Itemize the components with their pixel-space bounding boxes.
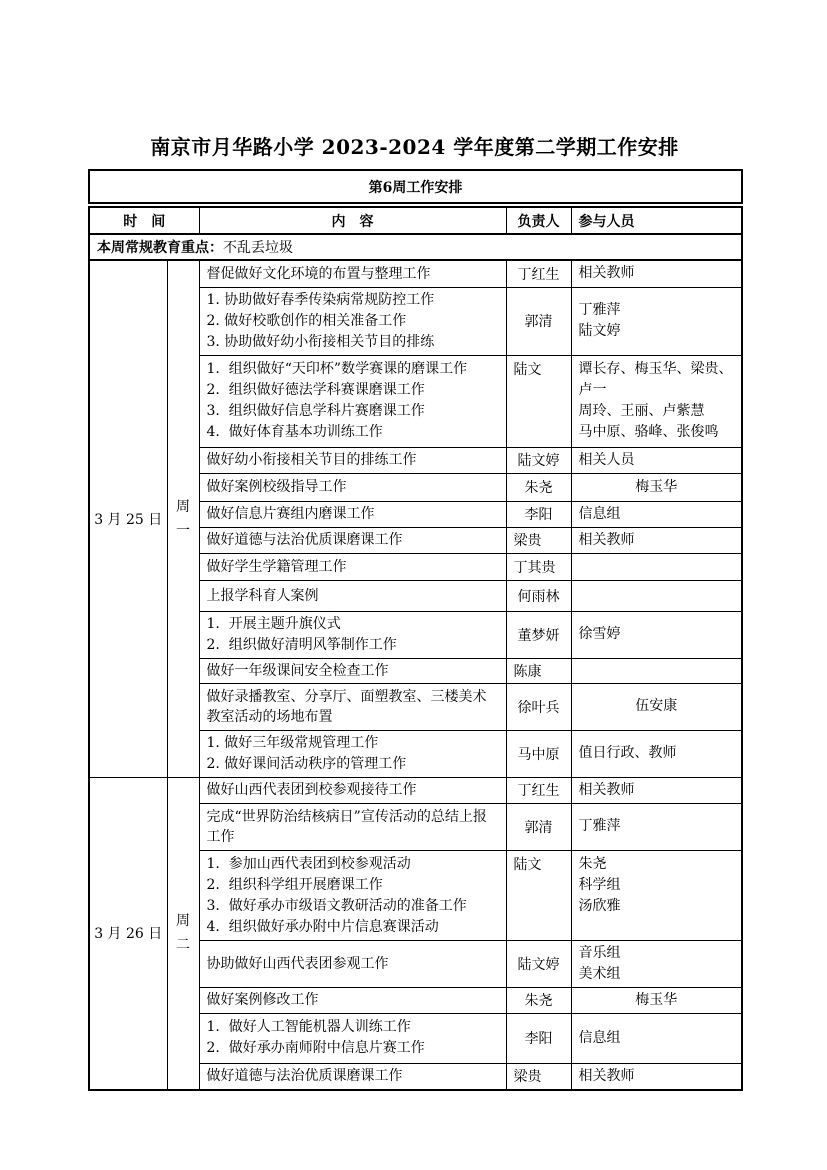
weekday-cell: 周一 (167, 260, 199, 777)
task-content-text: 做好案例修改工作 (207, 990, 499, 1010)
schedule-table: 第6周工作安排 时 间 内 容 负责人 参与人员 本周常规教育重点：不乱丢垃圾 … (88, 169, 743, 1091)
task-content-text: 做好案例校级指导工作 (207, 477, 499, 497)
task-content-line: 3. 协助做好幼小衔接相关节目的排练 (207, 332, 499, 353)
task-content-cell: 做好道德与法治优质课磨课工作 (199, 1063, 506, 1090)
task-content-text: 督促做好文化环境的布置与整理工作 (207, 264, 499, 284)
participants-cell (571, 553, 742, 580)
participants-cell: 相关教师 (571, 260, 742, 287)
task-content-text: 做好幼小衔接相关节目的排练工作 (207, 450, 499, 470)
leader-cell: 陆文婷 (506, 447, 571, 473)
participants-line: 汤欣雅 (579, 896, 735, 917)
task-content-line: 2. 做好课间活动秩序的管理工作 (207, 754, 499, 775)
task-content-text: 做好道德与法治优质课磨课工作 (207, 1066, 499, 1086)
week-header: 第6周工作安排 (89, 170, 742, 205)
task-content-cell: 上报学科育人案例 (199, 580, 506, 611)
task-content-line: 1. 开展主题升旗仪式 (207, 614, 499, 635)
leader-cell: 丁红生 (506, 260, 571, 287)
task-content-cell: 1. 组织做好“天印杯”数学赛课的磨课工作2. 组织做好德法学科赛课磨课工作3.… (199, 355, 506, 447)
participants-line: 音乐组 (579, 943, 735, 964)
task-content-cell: 做好一年级课间安全检查工作 (199, 658, 506, 683)
participants-cell (571, 580, 742, 611)
participants-line: 谭长存、梅玉华、梁贵、卢一 (579, 359, 735, 401)
task-content-text: 上报学科育人案例 (207, 586, 499, 606)
task-content-line: 2. 组织科学组开展磨课工作 (207, 875, 499, 896)
col-header-content: 内 容 (199, 205, 506, 234)
participants-cell: 朱尧科学组汤欣雅 (571, 850, 742, 940)
participants-line: 科学组 (579, 875, 735, 896)
leader-cell: 徐叶兵 (506, 683, 571, 730)
participants-line: 马中原、骆峰、张俊鸣 (579, 422, 735, 443)
leader-cell: 郭清 (506, 803, 571, 850)
participants-line: 梅玉华 (579, 477, 735, 498)
task-content-line: 1. 参加山西代表团到校参观活动 (207, 854, 499, 875)
weekly-focus-label: 本周常规教育重点： (97, 240, 223, 256)
participants-line: 丁雅萍 (579, 816, 735, 837)
task-content-line: 4. 做好体育基本功训练工作 (207, 422, 499, 443)
task-content-line: 2. 组织做好清明风筝制作工作 (207, 635, 499, 656)
document-page: 南京市月华路小学 2023-2024 学年度第二学期工作安排 第6周工作安排 时… (0, 0, 827, 1170)
participants-cell: 相关教师 (571, 1063, 742, 1090)
page-title: 南京市月华路小学 2023-2024 学年度第二学期工作安排 (88, 0, 741, 160)
participants-line: 周玲、王丽、卢紫慧 (579, 401, 735, 422)
task-content-line: 2. 做好承办南师附中信息片赛工作 (207, 1038, 499, 1059)
task-content-cell: 督促做好文化环境的布置与整理工作 (199, 260, 506, 287)
task-content-cell: 1. 做好三年级常规管理工作2. 做好课间活动秩序的管理工作 (199, 730, 506, 777)
leader-cell: 陆文婷 (506, 940, 571, 987)
leader-cell: 郭清 (506, 287, 571, 355)
task-row: 3 月 26 日周二做好山西代表团到校参观接待工作丁红生相关教师 (89, 777, 742, 803)
task-content-line: 2. 组织做好德法学科赛课磨课工作 (207, 380, 499, 401)
participants-cell: 相关教师 (571, 777, 742, 803)
participants-cell: 丁雅萍 (571, 803, 742, 850)
task-content-cell: 做好录播教室、分享厅、面塑教室、三楼美术教室活动的场地布置 (199, 683, 506, 730)
col-header-time: 时 间 (89, 205, 199, 234)
task-content-line: 3. 做好承办市级语文教研活动的准备工作 (207, 896, 499, 917)
leader-cell: 丁其贵 (506, 553, 571, 580)
task-content-cell: 1. 参加山西代表团到校参观活动2. 组织科学组开展磨课工作3. 做好承办市级语… (199, 850, 506, 940)
task-content-cell: 1. 做好人工智能机器人训练工作2. 做好承办南师附中信息片赛工作 (199, 1013, 506, 1063)
task-content-text: 做好道德与法治优质课磨课工作 (207, 530, 499, 550)
leader-cell: 陈康 (506, 658, 571, 683)
leader-cell: 董梦妍 (506, 611, 571, 658)
task-content-line: 3. 组织做好信息学科片赛磨课工作 (207, 401, 499, 422)
column-header-row: 时 间 内 容 负责人 参与人员 (89, 205, 742, 234)
weekday-char: 周 (168, 909, 199, 933)
week-header-row: 第6周工作安排 (89, 170, 742, 205)
participants-line: 相关教师 (579, 263, 735, 284)
task-content-text: 做好一年级课间安全检查工作 (207, 661, 499, 681)
participants-line: 相关教师 (579, 1066, 735, 1087)
participants-line: 信息组 (579, 504, 735, 525)
leader-cell: 马中原 (506, 730, 571, 777)
date-cell: 3 月 25 日 (89, 260, 167, 777)
participants-line: 朱尧 (579, 854, 735, 875)
participants-line: 信息组 (579, 1028, 735, 1049)
weekday-char: 周 (168, 495, 199, 519)
participants-line: 相关教师 (579, 780, 735, 801)
task-content-cell: 1. 协助做好春季传染病常规防控工作2. 做好校歌创作的相关准备工作3. 协助做… (199, 287, 506, 355)
participants-cell: 相关人员 (571, 447, 742, 473)
task-content-cell: 做好学生学籍管理工作 (199, 553, 506, 580)
task-row: 3 月 25 日周一督促做好文化环境的布置与整理工作丁红生相关教师 (89, 260, 742, 287)
task-content-cell: 完成“世界防治结核病日”宣传活动的总结上报工作 (199, 803, 506, 850)
task-content-cell: 做好信息片赛组内磨课工作 (199, 501, 506, 527)
task-content-text: 完成“世界防治结核病日”宣传活动的总结上报工作 (207, 807, 499, 847)
leader-cell: 李阳 (506, 501, 571, 527)
task-content-cell: 做好幼小衔接相关节目的排练工作 (199, 447, 506, 473)
weekday-char: 一 (168, 519, 199, 543)
participants-line: 梅玉华 (579, 990, 735, 1011)
task-content-text: 做好信息片赛组内磨课工作 (207, 504, 499, 524)
date-cell: 3 月 26 日 (89, 777, 167, 1090)
col-header-leader: 负责人 (506, 205, 571, 234)
weekday-cell: 周二 (167, 777, 199, 1090)
participants-line: 值日行政、教师 (579, 743, 735, 764)
task-content-cell: 做好案例校级指导工作 (199, 473, 506, 501)
leader-cell: 朱尧 (506, 987, 571, 1013)
participants-line: 美术组 (579, 964, 735, 985)
task-content-line: 1. 做好人工智能机器人训练工作 (207, 1017, 499, 1038)
participants-cell: 音乐组美术组 (571, 940, 742, 987)
participants-cell (571, 658, 742, 683)
participants-line: 伍安康 (579, 696, 735, 717)
participants-line: 丁雅萍 (579, 300, 735, 321)
task-content-text: 做好山西代表团到校参观接待工作 (207, 780, 499, 800)
participants-cell: 谭长存、梅玉华、梁贵、卢一周玲、王丽、卢紫慧马中原、骆峰、张俊鸣 (571, 355, 742, 447)
participants-cell: 丁雅萍陆文婷 (571, 287, 742, 355)
participants-cell: 徐雪婷 (571, 611, 742, 658)
participants-cell: 信息组 (571, 501, 742, 527)
col-header-participants: 参与人员 (571, 205, 742, 234)
leader-cell: 丁红生 (506, 777, 571, 803)
participants-cell: 信息组 (571, 1013, 742, 1063)
participants-line: 相关教师 (579, 530, 735, 551)
task-content-line: 1. 协助做好春季传染病常规防控工作 (207, 290, 499, 311)
leader-cell: 李阳 (506, 1013, 571, 1063)
weekly-focus-row: 本周常规教育重点：不乱丢垃圾 (89, 234, 742, 260)
task-content-text: 协助做好山西代表团参观工作 (207, 954, 499, 974)
leader-cell: 陆文 (506, 850, 571, 940)
task-content-cell: 1. 开展主题升旗仪式2. 组织做好清明风筝制作工作 (199, 611, 506, 658)
weekly-focus-value: 不乱丢垃圾 (223, 240, 293, 256)
leader-cell: 何雨林 (506, 580, 571, 611)
task-content-line: 4. 组织做好承办附中片信息赛课活动 (207, 917, 499, 938)
participants-cell: 伍安康 (571, 683, 742, 730)
participants-line: 相关人员 (579, 450, 735, 471)
task-content-cell: 协助做好山西代表团参观工作 (199, 940, 506, 987)
task-content-line: 1. 组织做好“天印杯”数学赛课的磨课工作 (207, 359, 499, 380)
participants-line: 陆文婷 (579, 321, 735, 342)
leader-cell: 陆文 (506, 355, 571, 447)
weekly-focus-cell: 本周常规教育重点：不乱丢垃圾 (89, 234, 742, 260)
participants-cell: 梅玉华 (571, 473, 742, 501)
task-content-cell: 做好案例修改工作 (199, 987, 506, 1013)
leader-cell: 朱尧 (506, 473, 571, 501)
task-content-text: 做好学生学籍管理工作 (207, 557, 499, 577)
leader-cell: 梁贵 (506, 1063, 571, 1090)
task-content-line: 1. 做好三年级常规管理工作 (207, 733, 499, 754)
task-content-cell: 做好山西代表团到校参观接待工作 (199, 777, 506, 803)
task-content-line: 2. 做好校歌创作的相关准备工作 (207, 311, 499, 332)
participants-cell: 相关教师 (571, 527, 742, 553)
weekday-char: 二 (168, 933, 199, 957)
participants-cell: 值日行政、教师 (571, 730, 742, 777)
task-content-text: 做好录播教室、分享厅、面塑教室、三楼美术教室活动的场地布置 (207, 687, 499, 727)
participants-cell: 梅玉华 (571, 987, 742, 1013)
participants-line: 徐雪婷 (579, 624, 735, 645)
leader-cell: 梁贵 (506, 527, 571, 553)
task-content-cell: 做好道德与法治优质课磨课工作 (199, 527, 506, 553)
